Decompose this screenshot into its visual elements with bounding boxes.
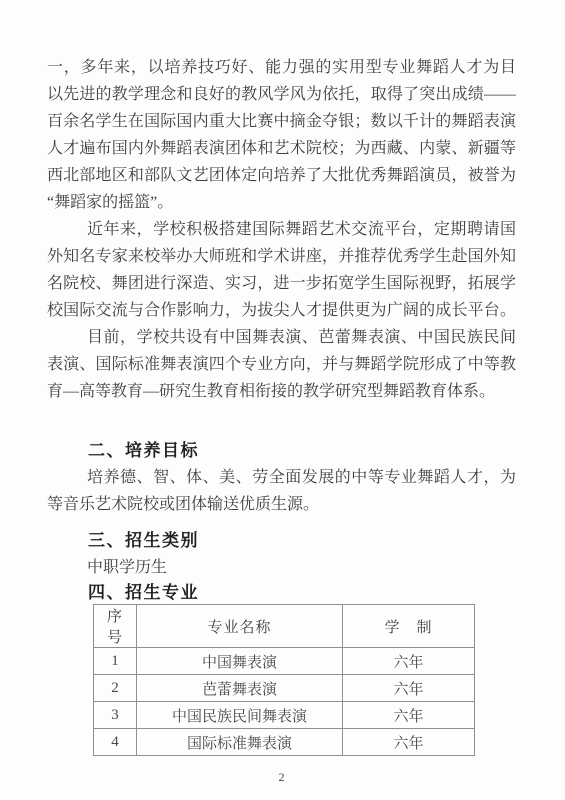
- table-cell: 1: [94, 648, 137, 675]
- section-heading-enrollment-majors: 四、招生专业: [47, 582, 516, 604]
- table-cell: 六年: [343, 648, 475, 675]
- paragraph-line: 名院校、舞团进行深造、实习，进一步拓宽学生国际视野，拓展学: [47, 270, 516, 297]
- section-heading-enrollment-category: 三、招生类别: [47, 528, 516, 554]
- paragraph-line: 表演、国际标准舞表演四个专业方向，并与舞蹈学院形成了中等教: [47, 351, 516, 378]
- paragraph-line: 近年来，学校积极搭建国际舞蹈艺术交流平台，定期聘请国内: [47, 216, 516, 243]
- table-row: 1中国舞表演六年: [94, 648, 475, 675]
- intro-achievements-paragraph: 一，多年来，以培养技巧好、能力强的实用型专业舞蹈人才为目标，以先进的教学理念和良…: [47, 54, 516, 216]
- table-cell: 2: [94, 675, 137, 702]
- table-cell: 芭蕾舞表演: [137, 675, 343, 702]
- table-cell: 中国舞表演: [137, 648, 343, 675]
- table-header-cell: 专业名称: [137, 605, 343, 648]
- paragraph-line: 西北部地区和部队文艺团体定向培养了大批优秀舞蹈演员，被誉为: [47, 162, 516, 189]
- paragraph-line: 以先进的教学理念和良好的教风学风为依托，取得了突出成绩——: [47, 81, 516, 108]
- paragraph-line: 等音乐艺术院校或团体输送优质生源。: [47, 491, 516, 518]
- section-heading-training-goal: 二、培养目标: [47, 438, 516, 464]
- table-cell: 六年: [343, 702, 475, 729]
- table-cell: 六年: [343, 675, 475, 702]
- document-page: 一，多年来，以培养技巧好、能力强的实用型专业舞蹈人才为目标，以先进的教学理念和良…: [0, 0, 565, 800]
- paragraph-line: 培养德、智、体、美、劳全面发展的中等专业舞蹈人才，为高: [47, 464, 516, 491]
- paragraph-line: 育—高等教育—研究生教育相衔接的教学研究型舞蹈教育体系。: [47, 378, 516, 405]
- training-goal-paragraph: 培养德、智、体、美、劳全面发展的中等专业舞蹈人才，为高等音乐艺术院校或团体输送优…: [47, 464, 516, 518]
- paragraph-line: “舞蹈家的摇篮”。: [47, 189, 516, 216]
- table-cell: 六年: [343, 729, 475, 756]
- paragraph-line: 目前，学校共设有中国舞表演、芭蕾舞表演、中国民族民间舞: [47, 324, 516, 351]
- paragraph-line: 校国际交流与合作影响力，为拔尖人才提供更为广阔的成长平台。: [47, 297, 516, 324]
- table-cell: 3: [94, 702, 137, 729]
- majors-overview-paragraph: 目前，学校共设有中国舞表演、芭蕾舞表演、中国民族民间舞表演、国际标准舞表演四个专…: [47, 324, 516, 405]
- table-cell: 4: [94, 729, 137, 756]
- page-number: 2: [47, 770, 516, 785]
- enrollment-category-paragraph: 中职学历生: [47, 554, 516, 581]
- table-header-cell: 序 号: [94, 605, 137, 648]
- paragraph-line: 一，多年来，以培养技巧好、能力强的实用型专业舞蹈人才为目标，: [47, 54, 516, 81]
- paragraph-line: 外知名专家来校举办大师班和学术讲座，并推荐优秀学生赴国外知: [47, 243, 516, 270]
- table-cell: 中国民族民间舞表演: [137, 702, 343, 729]
- paragraph-line: 人才遍布国内外舞蹈表演团体和艺术院校；为西藏、内蒙、新疆等: [47, 135, 516, 162]
- table-cell: 国际标准舞表演: [137, 729, 343, 756]
- table-row: 4国际标准舞表演六年: [94, 729, 475, 756]
- table-row: 3中国民族民间舞表演六年: [94, 702, 475, 729]
- table-row: 2芭蕾舞表演六年: [94, 675, 475, 702]
- paragraph-line: 中职学历生: [47, 554, 516, 581]
- paragraph-line: 百余名学生在国际国内重大比赛中摘金夺银；数以千计的舞蹈表演: [47, 108, 516, 135]
- document-body: 一，多年来，以培养技巧好、能力强的实用型专业舞蹈人才为目标，以先进的教学理念和良…: [47, 54, 516, 756]
- enrollment-majors-table: 序 号专业名称学 制1中国舞表演六年2芭蕾舞表演六年3中国民族民间舞表演六年4国…: [93, 604, 475, 756]
- table-header-cell: 学 制: [343, 605, 475, 648]
- international-exchange-paragraph: 近年来，学校积极搭建国际舞蹈艺术交流平台，定期聘请国内外知名专家来校举办大师班和…: [47, 216, 516, 324]
- table-header-row: 序 号专业名称学 制: [94, 605, 475, 648]
